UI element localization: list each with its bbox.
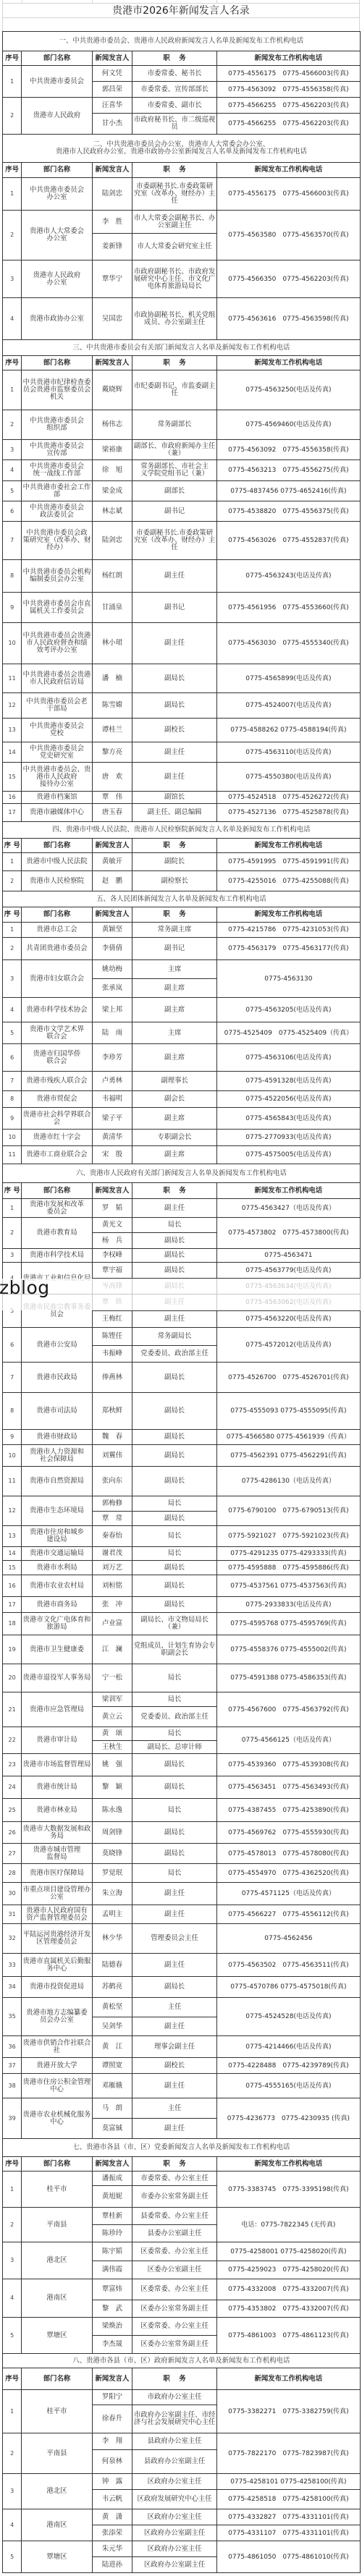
department-cell: 贵港市生态环境局 [22,1496,92,1526]
table-row: 32平陆运河贵港经济开发区管理委员会林少华管理委员会主任0775-4562456 [3,1924,361,1954]
section-heading-row: 七、贵港市各县（市、区）党委新闻发言人名单及新闻发布工作机构电话 [3,2139,361,2157]
seq-cell: 1 [3,178,22,211]
table-row: 16贵港市农业农村局刘桓铭副局长0775-4537561 0775-453756… [3,1575,361,1597]
phone-cell: 0775-4595888 0775-4595886(传真) [216,1561,360,1575]
seq-cell: 17 [3,1597,22,1613]
department-cell: 港北区 [22,2242,92,2279]
spokesperson-cell: 覃宇福 [92,1263,132,1279]
spokesperson-cell: 陈铿任 [92,1328,132,1346]
position-cell: 市政府副秘书长、市政府发展研究中心主任、市文化广电体育旅游局局长 [132,260,217,298]
column-header-phone: 新闻发布工作机构电话 [216,839,360,853]
department-cell: 贵港市人民政府 办公室 [22,260,92,298]
department-cell: 贵港市文化广电体育和旅游局 [22,1613,92,1635]
table-row: 3贵港市人民政府 办公室覃华宁市政府副秘书长、市政府发展研究中心主任、市文化广电… [3,260,361,298]
spokesperson-cell: 秦春怡 [92,1526,132,1547]
phone-cell: 0775-4563580 0775-4563570(传真) [216,211,360,260]
phone-cell: 0775-4566227 0775-4556112(传真) [216,1905,360,1924]
position-cell: 局长 [132,1526,217,1547]
column-header-speaker: 新闻发言人 [92,356,132,370]
spokesperson-cell: 甘涌泉 [92,593,132,623]
spokesperson-cell: 王秋生 [92,1741,132,1754]
phone-cell: 0775-4591388 0775-4586353(传真) [216,1664,360,1692]
position-cell: 副局长 [132,1233,217,1249]
phone-cell: 0775-4291235 0775-4293333(传真) [216,1547,360,1561]
spokesperson-cell: 陈宇韬 [92,2242,132,2261]
seq-cell: 1 [3,66,22,98]
position-cell: 市委副秘书长.市委政策研究室（改革办、财经办）主任 [132,178,217,211]
phone-cell: 0775-4563179 0775-4563177(传真) [216,938,360,960]
spokesperson-cell: 满伟霞 [92,2261,132,2279]
table-row: 5覃塘区梁焕治区委常委、办公室主任0775-4861003 0775-48611… [3,2318,361,2336]
position-cell: 副局长 [132,1512,217,1526]
spokesperson-cell: 梁焕治 [92,2318,132,2336]
spokesperson-cell: 吴剑华 [92,2017,132,2036]
position-cell: 副主任 [132,763,217,792]
spokesperson-cell: 梁子平 [92,1108,132,1130]
seq-cell: 38 [3,2074,22,2098]
department-cell: 贵港市科学技术局 [22,1249,92,1263]
table-row: 23贵港市市场监督管理局姚 强副局长0775-4539360 0775-4539… [3,1754,361,1776]
seq-cell: 31 [3,1905,22,1924]
seq-cell: 5 [3,481,22,501]
seq-cell: 12 [3,1496,22,1526]
spokesperson-cell: 黄光文 [92,1218,132,1233]
column-header-speaker: 新闻发言人 [92,51,132,66]
department-cell: 贵港市直属机关后勤服务中心 [22,1954,92,1977]
table-row: 2贵港市人民检察院赵 鹏副检察长0775-4255016 0775-425508… [3,871,361,891]
phone-cell: 0775-4554970 0775-4362520(传真) [216,1864,360,1883]
phone-cell: 0775-4332827 0775-4331101(传真) [216,2509,360,2525]
seq-cell: 37 [3,2058,22,2074]
section-heading-row: 三、中共贵港市委员会有关部门新闻发言人名单及新闻发布工作机构电话 [3,340,361,356]
seq-cell: 4 [3,998,22,1022]
spokesperson-cell: 徐春升 [92,2405,132,2433]
spokesperson-cell: 陆 雨 [92,1022,132,1044]
spokesperson-cell: 甘小杰 [92,114,132,135]
column-header-seq: 序号 [3,2368,22,2390]
position-cell: 区政府办公室主任 [132,2509,217,2525]
spokesperson-cell: 孟明主 [92,1905,132,1924]
position-cell: 副校长 [132,719,217,742]
department-cell: 贵港市大数据发展和政务局 [22,1822,92,1844]
column-header-row: 序号部门名称新闻发言人职 务新闻发布工作机构电话 [3,2157,361,2172]
department-cell: 中共贵港市委员会贵港 市人民政府督查和绩 效考评办公室 [22,623,92,664]
department-cell: 贵港市医疗保障局 [22,1864,92,1883]
department-cell: 贵港市卫生健康委 [22,1635,92,1664]
phone-cell: 0775-4562456 [216,1924,360,1954]
column-header-phone: 新闻发布工作机构电话 [216,2157,360,2172]
spokesperson-cell: 王梅红 [92,1311,132,1328]
spokesperson-cell: 唐 欢 [92,763,132,792]
phone-cell: 0775-4563026 0775-4552837(传真) [216,522,360,560]
department-cell: 贵港市发展和改革 委员会 [22,1199,92,1218]
phone-cell: 0775-4566125（电话及传真） [216,1727,360,1754]
spokesperson-cell: 赵 鹏 [92,871,132,891]
spokesperson-cell: 陆德春 [92,1954,132,1977]
phone-cell: 0775-4286130（电话及传真） [216,1467,360,1496]
column-header-row: 序号部门名称新闻发言人职 务新闻发布工作机构电话 [3,51,361,66]
department-cell: 贵港市妇女联合会 [22,960,92,998]
phone-cell: 0775-2770933(电话及传真) [216,1130,360,1146]
phone-cell: 0775-4537561 0775-4537563(传真) [216,1575,360,1597]
spokesperson-cell: 杨 兵 [92,1233,132,1249]
phone-cell: 0775-4571125（电话及传真） [216,1883,360,1905]
phone-cell: 0775-4567600 0775-4563792(传真) [216,1692,360,1727]
phone-cell: 0775-4215786 0775-4231053(传真) [216,923,360,938]
position-cell: 市委办公室常务副主任 [132,2186,217,2208]
table-row: 11中共贵港市委员会贵港市人民政府信访局潘 楠副局长0775-4565899(电… [3,664,361,693]
seq-cell: 2 [3,1218,22,1249]
phone-cell: 0775-4526700 0775-4526701(传真) [216,1363,360,1393]
position-cell: 副部长 [132,481,217,501]
phone-cell: 0775-4861003 0775-4861123(传真) [216,2318,360,2354]
spokesperson-cell: 马 朗 [92,2098,132,2119]
department-cell: 贵港市投资促进局 [22,1977,92,1998]
spokesperson-cell: 杨红朗 [92,560,132,593]
position-cell: 市人大常委会研究室主任 [132,234,217,260]
column-header-speaker: 新闻发言人 [92,2157,132,2172]
table-row: 12贵港市生态环境局郭梅修局长0775-6790100 0775-6790513… [3,1496,361,1512]
seq-cell: 25 [3,1799,22,1822]
department-cell: 贵港市退役军人事务局 [22,1664,92,1692]
spokesperson-cell: 卢业富 [92,1613,132,1635]
spokesperson-cell: 郑秋鲜 [92,1393,132,1430]
spokesperson-cell: 李权峰 [92,1249,132,1263]
position-cell: 常务副局长 [132,1328,217,1346]
spokesperson-cell: 陆进孙 [92,2557,132,2573]
spokesperson-cell: 黎 颖 [92,1776,132,1799]
column-header-phone: 新闻发布工作机构电话 [216,51,360,66]
table-row: 1贵港市发展和改革 委员会罗 韬副主任0775-4563427（电话及传真） [3,1199,361,1218]
column-header-row: 序 号部门名称新闻发言人职 务新闻发布工作机构电话 [3,839,361,853]
spokesperson-cell: 张向东 [92,1467,132,1496]
phone-cell: 0775-4563092 0775-4556358(传真) [216,82,360,98]
phone-cell: 0775-4861050 0775-4861010(传真) [216,2541,360,2573]
seq-cell: 14 [3,1547,22,1561]
table-row: 13贵港市住房和城乡 建设局秦春怡局长0775-5921027 0775-592… [3,1526,361,1547]
column-header-position: 职 务 [132,2368,217,2390]
column-header-speaker: 新闻发言人 [92,907,132,923]
department-cell: 中共贵港市委员会 党校 [22,719,92,742]
department-cell: 贵港市司法局 [22,1393,92,1430]
column-header-position: 职 务 [132,356,217,370]
spokesperson-cell: 林小珺 [92,623,132,664]
position-cell: 副主任 [132,742,217,763]
phone-cell: 0775-5921027 0775-5921023(传真) [216,1526,360,1547]
spokesperson-cell: 李杰晟 [92,2336,132,2354]
section-heading: 一、中共贵港市委员会、贵港市人民政府新闻发言人名单及新闻发布工作机构电话 [3,32,361,51]
spokesperson-cell: 罗 韬 [92,1199,132,1218]
spokesperson-cell: 刘翼伟 [92,1445,132,1467]
seq-cell: 3 [3,2474,22,2509]
position-cell: 局长 [132,1692,217,1707]
seq-cell: 26 [3,1822,22,1844]
department-cell: 中共贵港市委员会老 干部局 [22,693,92,719]
spokesperson-cell: 陈永逸 [92,1799,132,1822]
table-row: 17贵港市商务局张 冲副局长0775-2933833(电话及传真) [3,1597,361,1613]
column-header-row: 序号部门名称新闻发言人职 务新闻发布工作机构电话 [3,2368,361,2390]
position-cell: 区委办公室常务副主任 [132,2300,217,2318]
department-cell: 中共贵港市委员会 党史研究室 [22,742,92,763]
column-header-position: 职 务 [132,163,217,178]
phone-cell: 0775-6790100 0775-6790513(传真) [216,1496,360,1526]
department-cell: 贵港市应急管理局 [22,1692,92,1727]
seq-cell: 2 [3,98,22,135]
department-cell: 贵港市人民政府国有 资产监督管理委员会 [22,1905,92,1924]
table-row: 39贵港市农业机械化服务中心马 朗主任0775-4236773 0775-423… [3,2098,361,2119]
seq-cell: 9 [3,1108,22,1130]
seq-cell: 3 [3,260,22,298]
table-row: 2贵港市人大常委会 办公室李 胜市人大常委会副秘书长、办公室副主任0775-45… [3,211,361,234]
table-row: 25贵港市林业局陈永逸局长0775-4387455 0775-4253890(传… [3,1799,361,1822]
position-cell: 管理委员会主任 [132,1924,217,1954]
position-cell: 副主任 [132,1905,217,1924]
department-cell: 贵港市人民政府 [22,98,92,135]
department-cell: 贵港市红十字会 [22,1130,92,1146]
phone-cell: 0775-4550380(电话及传真) [216,763,360,792]
department-cell: 贵港市归国华侨 联合会 [22,1044,92,1072]
spokesperson-cell: 覃 常 [92,1512,132,1526]
department-cell: 中共贵港市委员会 政法委员会 [22,501,92,522]
department-cell: 覃塘区 [22,2318,92,2354]
column-header-position: 职 务 [132,907,217,923]
table-row: 15贵港市水利局刘万艺副局长0775-4595888 0775-4595886(… [3,1561,361,1575]
column-header-phone: 新闻发布工作机构电话 [216,1183,360,1199]
spokesperson-cell: 陈珍玲 [92,2225,132,2242]
position-cell: 副局长 [132,1363,217,1393]
section-heading: 三、中共贵港市委员会有关部门新闻发言人名单及新闻发布工作机构电话 [3,340,361,356]
column-header-speaker: 新闻发言人 [92,163,132,178]
department-cell: 中共贵港市委员会 宣传部 [22,440,92,460]
table-row: 8贵港市司法局郑秋鲜副局长0775-4555093 0775-4555095(传… [3,1393,361,1430]
phone-cell: 0775-4595768 0775-4595769(传真) [216,1613,360,1635]
department-cell: 贵港市住房和城乡 建设局 [22,1526,92,1547]
position-cell: 副主任 [132,1954,217,1977]
section-heading: 八、贵港市各县（市、区）政府新闻发言人名单及新闻发布工作机构电话 [3,2354,361,2368]
position-cell: 副部长、市政府新闻办主任（兼） [132,440,217,460]
position-cell: 副书记 [132,593,217,623]
phone-cell: 0775-4525409 0775-4525409（传真） [216,1022,360,1044]
phone-cell: 0775-4566580 0775-4561939（传真） [216,1430,360,1445]
table-row: 3中共贵港市委员会 宣传部梁裕康副部长、市政府新闻办主任（兼）0775-4563… [3,440,361,460]
spokesperson-cell: 宋 殷 [92,1146,132,1164]
position-cell: 副主席 [132,1108,217,1130]
department-cell: 贵港市财政局 [22,1430,92,1445]
phone-cell: 0775-4258101 0775-4258100(传真) [216,2474,360,2490]
department-cell: 贵港市市场监督管理局 [22,1754,92,1776]
table-row: 2共青团贵港市委员会李倩倩副书记0775-4563179 0775-456317… [3,938,361,960]
position-cell: 副局长 [132,1445,217,1467]
position-cell: 副主席 [132,1146,217,1164]
table-row: 4港南区黄 潇区政府办公室主任0775-4332827 0775-4331101… [3,2509,361,2525]
department-cell: 平南县 [22,2433,92,2474]
position-cell: 局长 [132,1496,217,1512]
seq-cell: 34 [3,1977,22,1998]
seq-cell: 39 [3,2098,22,2139]
position-cell: 副主任 [132,2074,217,2098]
position-cell: 局长 [132,1547,217,1561]
section-heading: 二、中共贵港市委员会办公室、贵港市人大常委会办公室、 贵港市人民政府办公室、贵港… [3,135,361,163]
spokesperson-cell: 莫晓锋 [92,1844,132,1864]
position-cell: 区委常委、办公室主任 [132,2242,217,2261]
spokesperson-cell: 梁上邦 [92,998,132,1022]
position-cell: 县政府办公室副主任 [132,2450,217,2474]
department-cell: 贵港市供销合作社联合社 [22,2036,92,2058]
department-cell: 贵港市住房公积金管理中心 [22,2074,92,2098]
position-cell: 副局长、总审计师 [132,1741,217,1754]
column-header-position: 职 务 [132,2157,217,2172]
phone-cell: 0775-4555093 0775-4555095(传真) [216,1393,360,1430]
spokesperson-cell: 覃 伟 [92,792,132,804]
position-cell: 主席 [132,1022,217,1044]
position-cell: 副主任 [132,1199,217,1218]
spokesperson-cell: 姚幼梅 [92,960,132,979]
seq-cell: 20 [3,1664,22,1692]
table-row: 1中共贵港市委员会何文凭市委常委、秘书长0775-4556175 0775-45… [3,66,361,82]
seq-cell: 27 [3,1844,22,1864]
seq-cell: 8 [3,1091,22,1108]
department-cell: 中共贵港市委员会市直属机关工作委员会 [22,593,92,623]
phone-cell: 0775-4563213 0775-4556275(传真) [216,460,360,481]
position-cell: 区委常委、办公室主任 [132,2318,217,2336]
table-row: 4贵港市科学技术协会梁上邦副主席0775-4563205(电话及传真) [3,998,361,1022]
department-cell: 贵港市公安局 [22,1328,92,1363]
position-cell: 副局长 [132,1754,217,1776]
seq-cell: 11 [3,1467,22,1496]
department-cell: 港北区 [22,2474,92,2509]
department-cell: 贵港市政协办公室 [22,298,92,340]
table-row: 17贵港市融媒体中心唐玉春副主任、副总编辑0775-4527136 0775-4… [3,804,361,822]
seq-cell: 3 [3,2242,22,2279]
position-cell: 常务副部长 [132,410,217,440]
spokesperson-cell: 朱元华 [92,2541,132,2557]
position-cell: 副局长 [132,1977,217,1998]
phone-cell: 0775-4837456 0775-4652416(传真) [216,481,360,501]
table-row: 28贵港市医疗保障局罗觉珉局长0775-4554970 0775-4362520… [3,1864,361,1883]
spokesperson-cell: 黄清华 [92,1130,132,1146]
table-row: 3港北区陈宇韬区委常委、办公室主任0775-4258001 0775-42580… [3,2242,361,2261]
column-header-dept: 部门名称 [22,2368,92,2390]
phone-cell: 0775-4522056(电话及传真) [216,1091,360,1108]
spokesperson-cell: 梁裕康 [92,440,132,460]
table-row: 8中共贵港市委员会机构编制委员会办公室杨红朗副主任0775-4563243(电话… [3,560,361,593]
table-row: 27贵港市城市管理 监督局莫晓锋副局长0775-4578013 0775-457… [3,1844,361,1864]
phone-cell: 0775-4524518 0775-4526272(传真) [216,792,360,804]
table-row: 3贵港市妇女联合会姚幼梅主席0775-4563130 [3,960,361,979]
table-row: 19贵港市卫生健康委江 澜党组成员、计划生育协会专职副会长0775-455837… [3,1635,361,1664]
seq-cell: 9 [3,593,22,623]
spokesperson-cell: 陆剑忠 [92,178,132,211]
table-row: 2贵港市人民政府汪喜华市委常委、副市长0775-4566255 0775-456… [3,98,361,114]
position-cell: 党委委员、政治部主任 [132,1707,217,1727]
seq-cell: 35 [3,1998,22,2036]
phone-cell: 0775-4556175 0775-4566003(传真) [216,178,360,211]
table-row: 6贵港市公安局陈铿任常务副局长0775-4572012(电话及传真) [3,1328,361,1346]
column-header-dept: 部门名称 [22,1183,92,1199]
phone-cell: 0775-4538820 0775-4556375(传真) [216,501,360,522]
seq-cell: 2 [3,871,22,891]
position-cell: 区委办公室副主任 [132,2261,217,2279]
seq-cell: 9 [3,1430,22,1445]
position-cell: 县委常委、办公室主任 [132,2208,217,2225]
column-header-phone: 新闻发布工作机构电话 [216,2368,360,2390]
seq-cell: 6 [3,501,22,522]
department-cell: 中共贵港市委员会、贵 港市人民政府 接待办公室 [22,763,92,792]
section-heading-row: 八、贵港市各县（市、区）政府新闻发言人名单及新闻发布工作机构电话 [3,2354,361,2368]
seq-cell: 5 [3,2318,22,2354]
phone-cell: 0775-4566350 0775-4562203(传真) [216,260,360,298]
spokesperson-cell: 汪喜华 [92,98,132,114]
position-cell: 市委副秘书长.市委政策研究室（改革办、财经办）主任 [132,522,217,560]
phone-cell: 0775-4563779(电话及传真) [216,1263,360,1279]
table-row: 7贵港市民政局俸燕林副局长0775-4526700 0775-4526701(传… [3,1363,361,1393]
column-header-row: 序 号部门名称新闻发言人职 务新闻发布工作机构电话 [3,907,361,923]
seq-cell: 2 [3,211,22,260]
table-row: 5中共贵港市委社会工作部梁金成副部长0775-4837456 0775-4652… [3,481,361,501]
spokesperson-cell: 陈雪嫦 [92,693,132,719]
phone-cell: 0775-4258518 0775-4258100(传真) [216,2490,360,2509]
phone-cell: 0775-4566255 0775-4562203(传真) [216,98,360,114]
phone-cell: 0775-4555165(电话及传真) [216,2074,360,2098]
phone-cell: 0775-4573802 0775-4573800(传真) [216,1218,360,1249]
section-heading-row: 四、贵港市中级人民法院、贵港市人民检察院新闻发言人名单及新闻发布工作机构电话 [3,822,361,839]
phone-cell: 0775-4563502 0775-4563511(传真) [216,1954,360,1977]
position-cell: 主任 [132,2098,217,2119]
column-header-dept: 部门名称 [22,163,92,178]
department-cell: 中共贵港市纪律检查委员会贵港市监察委员会机关 [22,370,92,410]
position-cell: 市政府办公室主任 [132,2390,217,2405]
spokesperson-cell: 黄颖坚 [92,923,132,938]
department-cell: 港南区 [22,2509,92,2541]
seq-cell: 3 [3,960,22,998]
phone-cell: 0775-4331107 0775-4331101(传真) [216,2525,360,2541]
department-cell: 贵港市档案馆 [22,792,92,804]
spokesperson-cell: 何文凭 [92,66,132,82]
column-header-dept: 部门名称 [22,2157,92,2172]
table-row: 37贵港开放大学谭照宽副校长0775-4228488 0775-4239789(… [3,2058,361,2074]
position-cell: 副会长 [132,1091,217,1108]
phone-cell: 0775-4563616 0775-4563598(传真) [216,298,360,340]
position-cell: 常务副部长、市社会主 义学院党组书记（兼） [132,460,217,481]
spokesperson-cell: 莫富铖 [92,2119,132,2139]
position-cell: 副主任 [132,2017,217,2036]
seq-cell: 7 [3,522,22,560]
spokesperson-cell: 张添荣 [92,2525,132,2541]
spokesperson-cell: 钟 露 [92,2474,132,2490]
seq-cell: 17 [3,804,22,822]
spokesperson-cell: 罗阳宁 [92,2390,132,2405]
phone-cell: 0775-4332008 0775-4332007(传真) [216,2279,360,2300]
table-row: 8贵港市贸促会韦福明副会长0775-4522056(电话及传真) [3,1091,361,1108]
department-cell: 平南县 [22,2208,92,2242]
position-cell: 副局长 [132,1249,217,1263]
phone-cell: 0775-4572012(电话及传真) [216,1328,360,1363]
seq-cell: 15 [3,763,22,792]
position-cell: 市政协副秘书长、机关党组成员、办公室副主任 [132,298,217,340]
spokesperson-cell: 吴国忠 [92,298,132,340]
seq-cell: 22 [3,1727,22,1754]
section-heading: 四、贵港市中级人民法院、贵港市人民检察院新闻发言人名单及新闻发布工作机构电话 [3,822,361,839]
spokesperson-cell: 黎方亮 [92,742,132,763]
position-cell: 区政府办公室主任 [132,2541,217,2557]
table-row: 9中共贵港市委员会市直属机关工作委员会甘涌泉副书记0775-4561956 07… [3,593,361,623]
department-cell: 贵港市城市管理 监督局 [22,1844,92,1864]
department-cell: 中共贵港市委员会 [22,66,92,98]
position-cell: 副院长 [132,853,217,871]
position-cell: 市委常委、副市长 [132,98,217,114]
position-cell: 副局长 [132,1263,217,1279]
table-row: 35贵港市地方志编纂委 员会办公室黄松坚主任0775-4524528(电话及传真… [3,1998,361,2017]
